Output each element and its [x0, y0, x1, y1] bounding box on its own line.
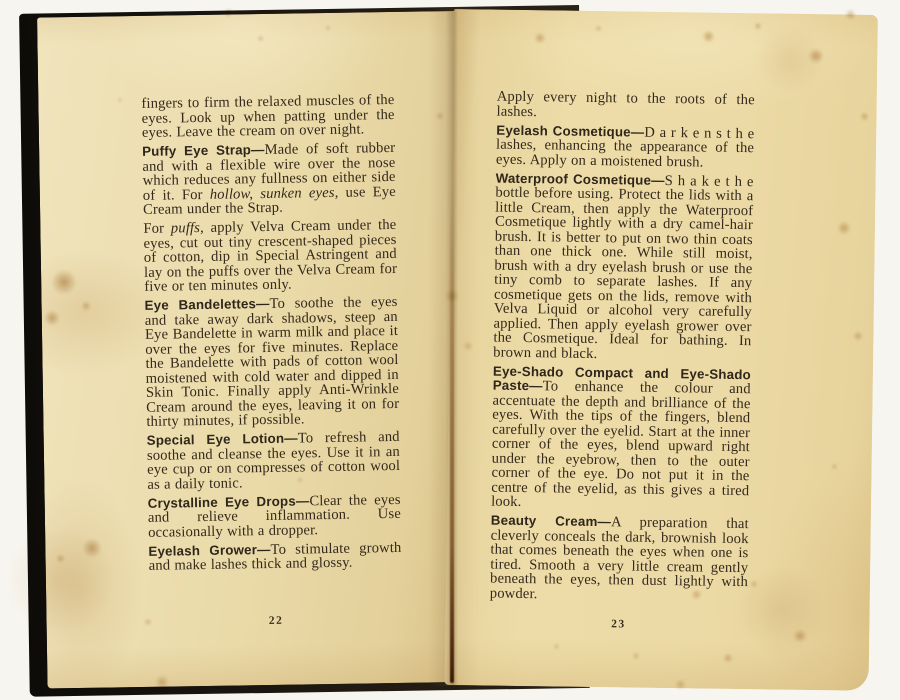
page-number-right: 23	[489, 617, 747, 633]
paragraph: Eye-Shado Compact and Eye-Shado Paste—To…	[491, 364, 751, 513]
body-text: To soothe the eyes and take away dark sh…	[145, 294, 400, 430]
body-text: fingers to firm the relaxed muscles of t…	[141, 92, 394, 141]
paragraph: Eye Bandelettes—To soothe the eyes and t…	[144, 295, 399, 429]
paragraph: Eyelash Cosmetique—D a r k e n s t h e l…	[496, 123, 755, 170]
paragraph: Apply every night to the roots of the la…	[496, 90, 754, 123]
page-right: Apply every night to the roots of the la…	[445, 9, 878, 691]
paragraph: Special Eye Lotion—To refresh and soothe…	[147, 430, 401, 492]
body-text: Apply every night to the roots of the la…	[496, 89, 754, 120]
paragraph: Beauty Cream—A preparation that cleverly…	[490, 514, 749, 605]
body-text: To enhance the colour and accentuate the…	[491, 378, 751, 510]
book-page-scan: fingers to firm the relaxed muscles of t…	[0, 0, 900, 700]
body-text: A preparation that cleverly conceals the…	[490, 514, 749, 601]
paragraph: Puffy Eye Strap—Made of soft rubber and …	[142, 141, 396, 217]
paragraph: For puffs, apply Velva Cream under the e…	[143, 218, 397, 294]
page-number-left: 22	[149, 613, 402, 629]
page-right-text-column: Apply every night to the roots of the la…	[490, 90, 755, 605]
paragraph: Crystalline Eye Drops—Clear the eyes and…	[148, 492, 402, 539]
paragraph: Eyelash Grower—To stimulate growth and m…	[148, 540, 401, 573]
paragraph: Waterproof Cosmetique—S h a k e t h e bo…	[493, 171, 754, 363]
paragraph: fingers to firm the relaxed muscles of t…	[141, 93, 395, 140]
page-left: fingers to firm the relaxed muscles of t…	[37, 11, 465, 688]
body-text: S h a k e t h e bottle before using. Pro…	[493, 172, 754, 361]
page-left-text-column: fingers to firm the relaxed muscles of t…	[141, 93, 401, 573]
